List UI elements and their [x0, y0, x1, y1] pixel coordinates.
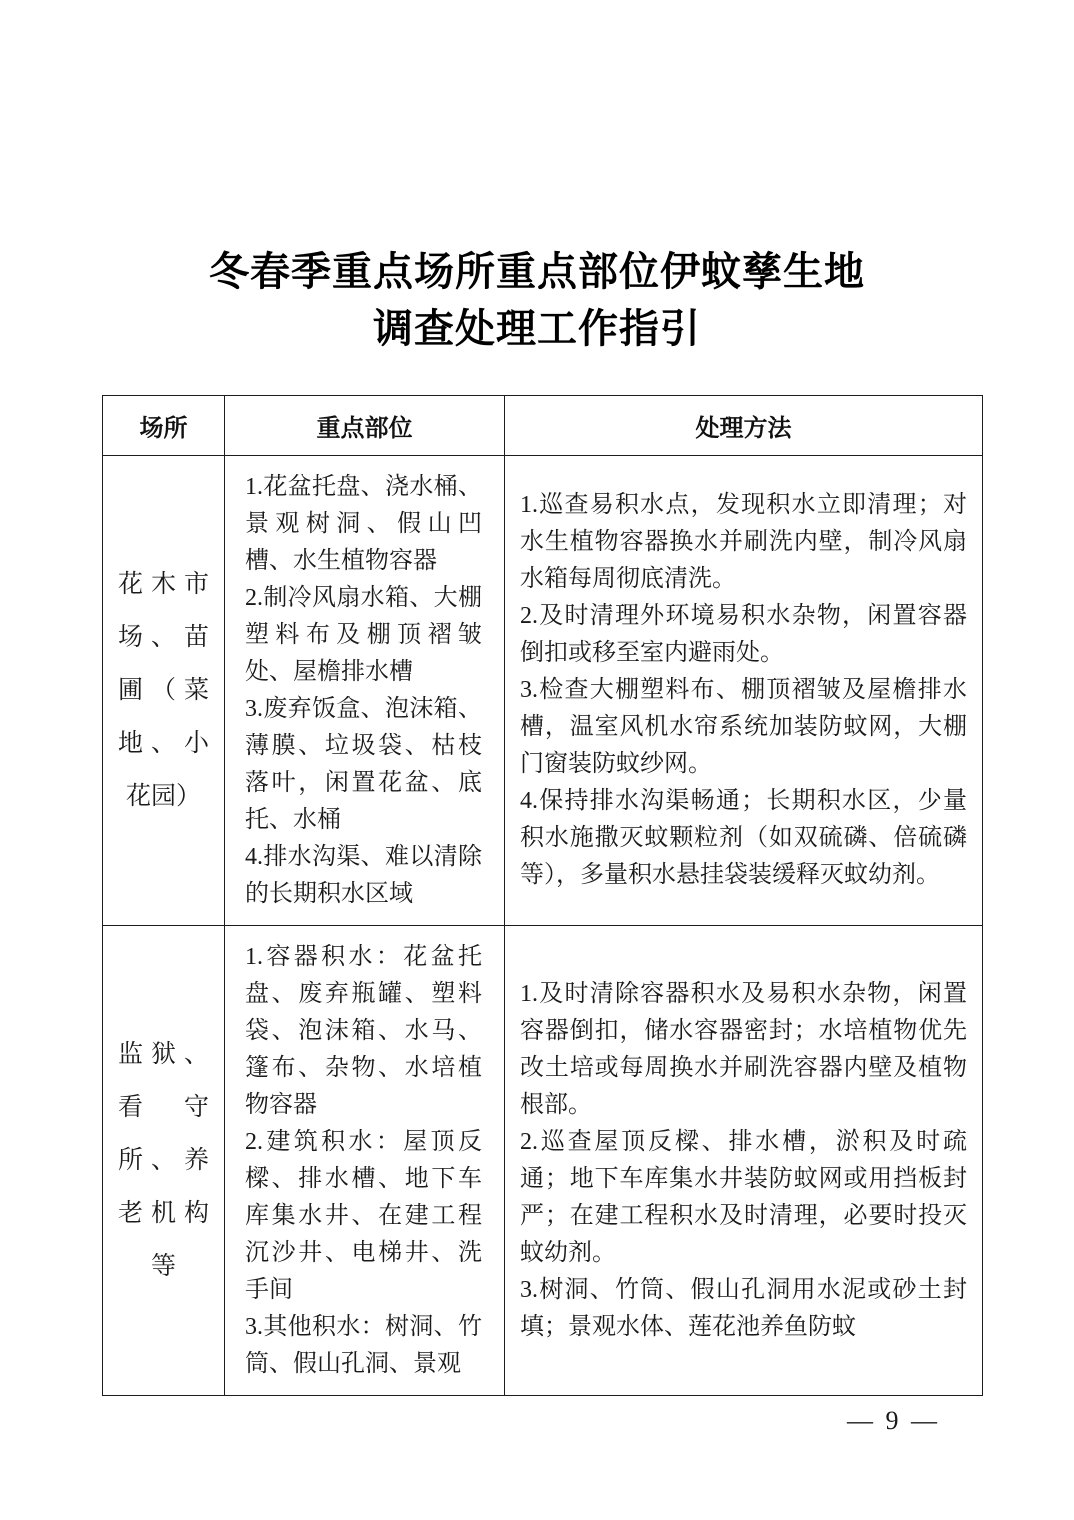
- method-item: 2.及时清理外环境易积水杂物，闲置容器倒扣或移至室内避雨处。: [520, 598, 967, 672]
- page-title-line-2: 调查处理工作指引: [0, 300, 1074, 357]
- key-part-item: 2.制冷风扇水箱、大棚塑料布及棚顶褶皱处、屋檐排水槽: [245, 580, 482, 691]
- header-place: 场所: [103, 396, 225, 456]
- key-parts-cell: 1.花盆托盘、浇水桶、景观树洞、假山凹槽、水生植物容器 2.制冷风扇水箱、大棚塑…: [225, 456, 505, 926]
- key-parts-cell: 1.容器积水：花盆托盘、废弃瓶罐、塑料袋、泡沫箱、水马、篷布、杂物、水培植物容器…: [225, 926, 505, 1396]
- method-item: 2.巡查屋顶反樑、排水槽，淤积及时疏通；地下车库集水井装防蚊网或用挡板封严；在建…: [520, 1124, 967, 1272]
- methods-cell: 1.巡查易积水点，发现积水立即清理；对水生植物容器换水并刷洗内壁，制冷风扇水箱每…: [505, 456, 983, 926]
- method-item: 1.及时清除容器积水及易积水杂物，闲置容器倒扣，储水容器密封；水培植物优先改土培…: [520, 976, 967, 1124]
- document-page: 冬春季重点场所重点部位伊蚊孳生地 调查处理工作指引 场所 重点部位 处理方法 花…: [0, 0, 1074, 1520]
- table-header-row: 场所 重点部位 处理方法: [103, 396, 983, 456]
- key-part-item: 2.建筑积水：屋顶反樑、排水槽、地下车库集水井、在建工程沉沙井、电梯井、洗手间: [245, 1124, 482, 1309]
- header-key-parts: 重点部位: [225, 396, 505, 456]
- page-title-line-1: 冬春季重点场所重点部位伊蚊孳生地: [0, 243, 1074, 300]
- methods-cell: 1.及时清除容器积水及易积水杂物，闲置容器倒扣，储水容器密封；水培植物优先改土培…: [505, 926, 983, 1396]
- method-item: 4.保持排水沟渠畅通；长期积水区，少量积水施撒灭蚊颗粒剂（如双硫磷、倍硫磷等），…: [520, 783, 967, 894]
- place-cell: 监狱、看守所、养老机构等: [103, 926, 225, 1396]
- header-methods: 处理方法: [505, 396, 983, 456]
- method-item: 1.巡查易积水点，发现积水立即清理；对水生植物容器换水并刷洗内壁，制冷风扇水箱每…: [520, 487, 967, 598]
- place-cell: 花木市场、苗圃（菜地、小花园）: [103, 456, 225, 926]
- guideline-table: 场所 重点部位 处理方法 花木市场、苗圃（菜地、小花园） 1.花盆托盘、浇水桶、…: [102, 395, 983, 1396]
- table-row-flower-market: 花木市场、苗圃（菜地、小花园） 1.花盆托盘、浇水桶、景观树洞、假山凹槽、水生植…: [103, 456, 983, 926]
- key-part-item: 3.其他积水：树洞、竹筒、假山孔洞、景观: [245, 1309, 482, 1383]
- method-item: 3.检查大棚塑料布、棚顶褶皱及屋檐排水槽，温室风机水帘系统加装防蚊网，大棚门窗装…: [520, 672, 967, 783]
- method-item: 3.树洞、竹筒、假山孔洞用水泥或砂土封填；景观水体、莲花池养鱼防蚊: [520, 1272, 967, 1346]
- table-row-prison-nursing: 监狱、看守所、养老机构等 1.容器积水：花盆托盘、废弃瓶罐、塑料袋、泡沫箱、水马…: [103, 926, 983, 1396]
- key-part-item: 1.花盆托盘、浇水桶、景观树洞、假山凹槽、水生植物容器: [245, 469, 482, 580]
- page-number: — 9 —: [847, 1406, 940, 1436]
- page-title: 冬春季重点场所重点部位伊蚊孳生地 调查处理工作指引: [0, 0, 1074, 357]
- key-part-item: 4.排水沟渠、难以清除的长期积水区域: [245, 839, 482, 913]
- key-part-item: 3.废弃饭盒、泡沫箱、薄膜、垃圾袋、枯枝落叶，闲置花盆、底托、水桶: [245, 691, 482, 839]
- key-part-item: 1.容器积水：花盆托盘、废弃瓶罐、塑料袋、泡沫箱、水马、篷布、杂物、水培植物容器: [245, 939, 482, 1124]
